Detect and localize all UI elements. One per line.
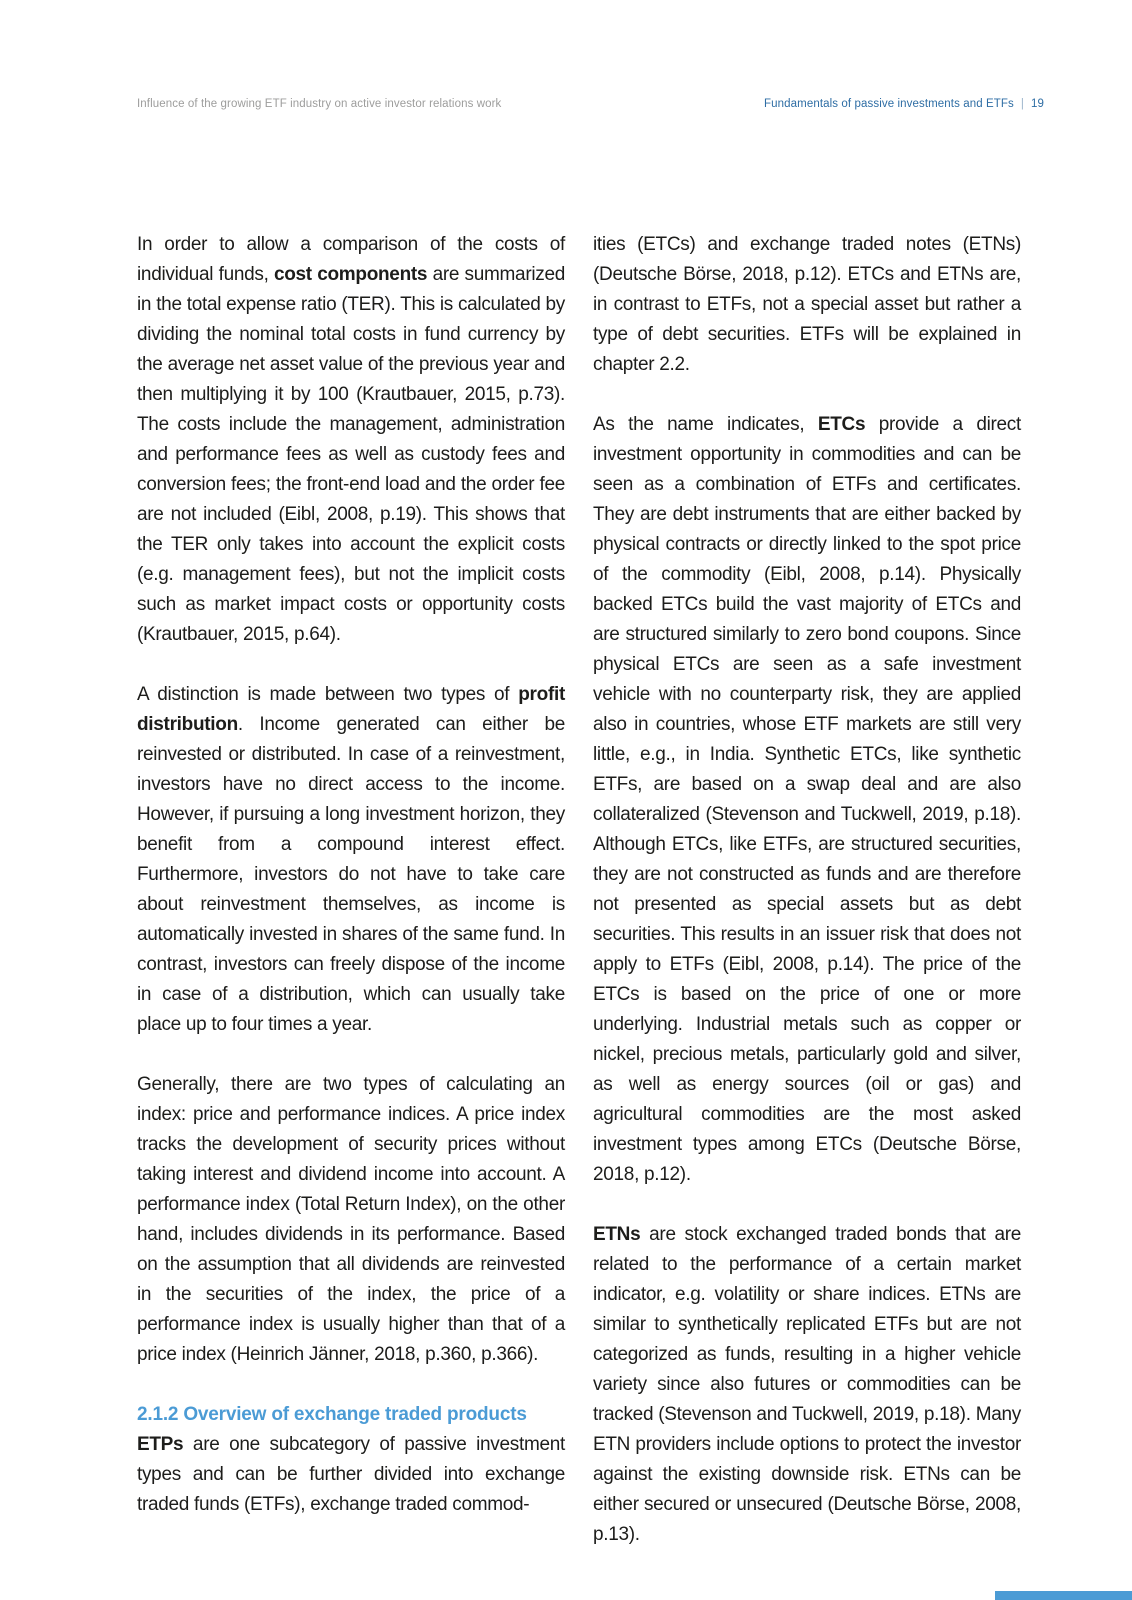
paragraph: Generally, there are two types of calcul… [137, 1070, 565, 1370]
header-separator: | [1021, 98, 1024, 110]
footer-accent-bar [995, 1591, 1132, 1600]
thesis-page: Influence of the growing ETF industry on… [0, 0, 1132, 1600]
paragraph: ETNs are stock exchanged traded bonds th… [593, 1220, 1021, 1550]
paragraph: ities (ETCs) and exchange traded notes (… [593, 230, 1021, 380]
right-text-column: ities (ETCs) and exchange traded notes (… [593, 230, 1021, 1550]
running-title-left: Influence of the growing ETF industry on… [137, 97, 501, 111]
chapter-title: Fundamentals of passive investments and … [764, 98, 1014, 110]
paragraph: As the name indicates, ETCs provide a di… [593, 410, 1021, 1190]
section-heading: 2.1.2 Overview of exchange traded produc… [137, 1400, 565, 1430]
paragraph: A distinction is made between two types … [137, 680, 565, 1040]
paragraph: ETPs are one subcategory of passive inve… [137, 1430, 565, 1520]
running-title-right: Fundamentals of passive investments and … [764, 97, 1044, 111]
paragraph: In order to allow a comparison of the co… [137, 230, 565, 650]
left-text-column: In order to allow a comparison of the co… [137, 230, 565, 1520]
page-number: 19 [1031, 98, 1044, 110]
page-header: Influence of the growing ETF industry on… [137, 97, 1044, 111]
